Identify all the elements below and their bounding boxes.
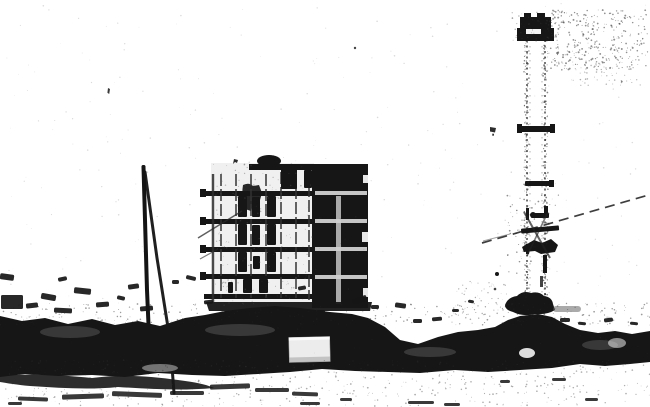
speckle-dot xyxy=(568,51,570,53)
speckle-dot xyxy=(143,251,144,252)
speckle-dot xyxy=(197,313,198,314)
speckle-dot xyxy=(287,281,288,282)
speckle-dot xyxy=(526,191,527,192)
speckle-dot xyxy=(271,386,272,387)
speckle-dot xyxy=(512,204,513,205)
speckle-dot xyxy=(277,366,278,367)
speckle-dot xyxy=(618,36,619,37)
speckle-dot xyxy=(551,22,552,23)
speckle-dot xyxy=(549,292,550,293)
speckle-dot xyxy=(521,405,522,406)
speckle-dot xyxy=(128,130,129,131)
speckle-dot xyxy=(525,41,526,42)
speckle-dot xyxy=(601,69,602,70)
speckle-dot xyxy=(82,53,83,54)
speckle-dot xyxy=(345,405,346,406)
speckle-dot xyxy=(178,69,179,70)
speckle-dot xyxy=(492,393,494,395)
speckle-dot xyxy=(74,308,75,309)
speckle-dot xyxy=(352,319,353,320)
speckle-dot xyxy=(545,186,546,187)
speckle-dot xyxy=(580,365,581,366)
speckle-dot xyxy=(246,305,248,307)
speckle-dot xyxy=(535,203,536,204)
speckle-dot xyxy=(216,382,217,383)
speckle-dot xyxy=(508,304,510,306)
speckle-dot xyxy=(324,360,325,361)
speckle-dot xyxy=(329,285,330,286)
speckle-dot xyxy=(114,82,115,83)
speckle-dot xyxy=(590,65,591,66)
speckle-dot xyxy=(546,20,547,21)
speckle-dot xyxy=(148,374,149,375)
speckle-dot xyxy=(494,384,495,385)
speckle-dot xyxy=(640,84,641,85)
speckle-dot xyxy=(622,62,623,63)
speckle-dot xyxy=(543,161,544,162)
speckle-dot xyxy=(593,21,595,23)
speckle-dot xyxy=(316,405,317,406)
speckle-dot xyxy=(474,309,475,310)
speckle-dot xyxy=(22,324,23,325)
speckle-dot xyxy=(403,321,404,322)
speckle-dot xyxy=(54,120,55,121)
speckle-dot xyxy=(371,57,372,58)
speckle-dot xyxy=(524,294,525,295)
speckle-dot xyxy=(294,391,295,392)
speckle-dot xyxy=(620,56,621,57)
speckle-dot xyxy=(538,377,539,378)
speckle-dot xyxy=(540,23,541,24)
speckle-dot xyxy=(624,310,625,311)
speckle-dot xyxy=(557,305,559,307)
speckle-dot xyxy=(412,378,413,379)
speckle-dot xyxy=(212,284,213,285)
speckle-dot xyxy=(647,386,648,387)
speckle-dot xyxy=(24,181,25,182)
speckle-dot xyxy=(162,384,163,385)
speckle-dot xyxy=(343,77,344,78)
speckle-dot xyxy=(508,312,509,313)
speckle-dot xyxy=(527,206,528,207)
speckle-dot xyxy=(625,393,627,395)
speckle-dot xyxy=(557,10,558,11)
speckle-dot xyxy=(597,79,598,80)
speckle-dot xyxy=(543,266,544,267)
speckle-dot xyxy=(614,49,616,51)
speckle-dot xyxy=(66,392,68,394)
speckle-dot xyxy=(18,369,19,370)
speckle-dot xyxy=(8,398,9,399)
speckle-dot xyxy=(546,156,547,157)
speckle-dot xyxy=(547,178,548,179)
speckle-dot xyxy=(543,237,544,238)
speckle-dot xyxy=(552,35,553,36)
speckle-dot xyxy=(43,395,44,396)
speckle-dot xyxy=(302,299,303,300)
speckle-dot xyxy=(360,364,361,365)
speckle-dot xyxy=(190,367,191,368)
speckle-dot xyxy=(418,175,419,176)
speckle-dot xyxy=(646,387,647,388)
speckle-dot xyxy=(11,312,12,313)
speckle-dot xyxy=(526,285,528,287)
speckle-dot xyxy=(250,393,251,394)
speckle-dot xyxy=(546,253,547,254)
speckle-dot xyxy=(383,316,384,317)
speckle-dot xyxy=(299,122,300,123)
speckle-dot xyxy=(65,373,66,374)
speckle-dot xyxy=(210,318,212,320)
speckle-dot xyxy=(262,253,263,254)
speckle-dot xyxy=(434,394,436,396)
speckle-dot xyxy=(171,306,172,307)
speckle-dot xyxy=(524,45,525,46)
speckle-dot xyxy=(202,405,203,406)
speckle-dot xyxy=(568,32,570,34)
speckle-dot xyxy=(103,369,104,370)
speckle-dot xyxy=(269,266,270,267)
speckle-dot xyxy=(510,233,511,234)
speckle-dot xyxy=(482,402,484,404)
speckle-dot xyxy=(595,63,597,65)
speckle-dot xyxy=(527,83,529,85)
speckle-dot xyxy=(643,365,644,366)
speckle-dot xyxy=(226,371,227,372)
speckle-dot xyxy=(630,317,631,318)
speckle-dot xyxy=(525,97,527,99)
speckle-dot xyxy=(621,48,623,50)
speckle-dot xyxy=(631,369,633,371)
speckle-dot xyxy=(425,365,426,366)
speckle-dot xyxy=(80,260,81,261)
speckle-dot xyxy=(548,397,549,398)
speckle-dot xyxy=(537,231,538,232)
speckle-dot xyxy=(524,264,525,265)
speckle-dot xyxy=(545,296,546,297)
speckle-dot xyxy=(526,46,527,47)
speckle-dot xyxy=(100,318,101,319)
speckle-dot xyxy=(99,361,100,362)
speckle-dot xyxy=(510,206,512,208)
speckle-dot xyxy=(608,317,609,318)
speckle-dot xyxy=(51,214,52,215)
speckle-dot xyxy=(546,202,547,203)
speckle-dot xyxy=(198,381,200,383)
speckle-dot xyxy=(585,61,586,62)
speckle-dot xyxy=(561,69,563,71)
speckle-dot xyxy=(89,392,90,393)
speckle-dot xyxy=(562,56,564,58)
speckle-dot xyxy=(487,319,489,321)
speckle-dot xyxy=(445,314,446,315)
speckle-dot xyxy=(303,304,304,305)
speckle-dot xyxy=(282,281,283,282)
speckle-dot xyxy=(563,387,565,389)
speckle-dot xyxy=(257,370,258,371)
speckle-dot xyxy=(401,386,402,387)
speckle-dot xyxy=(547,29,548,30)
speckle-dot xyxy=(564,12,565,13)
speckle-dot xyxy=(64,366,65,367)
speckle-dot xyxy=(450,384,451,385)
speckle-dot xyxy=(484,405,485,406)
speckle-dot xyxy=(375,315,376,316)
speckle-dot xyxy=(10,380,11,381)
speckle-dot xyxy=(340,218,341,219)
speckle-dot xyxy=(285,295,287,297)
speckle-dot xyxy=(555,11,557,13)
speckle-dot xyxy=(45,308,47,310)
speckle-dot xyxy=(249,313,250,314)
speckle-dot xyxy=(376,307,377,308)
speckle-dot xyxy=(579,161,580,162)
speckle-dot xyxy=(165,363,166,364)
speckle-dot xyxy=(296,257,297,258)
speckle-dot xyxy=(237,311,239,313)
speckle-dot xyxy=(502,404,503,405)
speckle-dot xyxy=(38,388,39,389)
speckle-dot xyxy=(517,230,518,231)
mound-highlight xyxy=(404,347,456,357)
speckle-dot xyxy=(236,218,237,219)
speckle-dot xyxy=(103,374,104,375)
speckle-dot xyxy=(539,21,540,22)
speckle-dot xyxy=(543,45,544,46)
speckle-dot xyxy=(531,207,533,209)
speckle-dot xyxy=(580,42,581,43)
speckle-dot xyxy=(277,328,278,329)
speckle-dot xyxy=(180,78,181,79)
speckle-dot xyxy=(647,316,648,317)
speckle-dot xyxy=(98,381,99,382)
speckle-dot xyxy=(316,310,318,312)
speckle-dot xyxy=(98,318,99,319)
speckle-dot xyxy=(122,139,123,140)
speckle-dot xyxy=(645,14,646,15)
speckle-dot xyxy=(544,164,546,166)
speckle-dot xyxy=(272,189,273,190)
speckle-dot xyxy=(558,361,560,363)
speckle-dot xyxy=(105,304,106,305)
speckle-dot xyxy=(281,193,283,195)
speckle-dot xyxy=(528,278,529,279)
speckle-dot xyxy=(596,46,597,47)
speckle-dot xyxy=(601,76,602,77)
speckle-dot xyxy=(219,404,220,405)
speckle-dot xyxy=(489,401,491,403)
speckle-dot xyxy=(106,391,107,392)
speckle-dot xyxy=(190,114,191,115)
speckle-dot xyxy=(622,10,623,11)
speckle-dot xyxy=(79,169,80,170)
speckle-dot xyxy=(179,107,180,108)
speckle-dot xyxy=(223,402,224,403)
speckle-dot xyxy=(229,304,230,305)
speckle-dot xyxy=(575,307,576,308)
speckle-dot xyxy=(325,28,326,29)
speckle-dot xyxy=(540,343,541,344)
speckle-dot xyxy=(311,236,313,238)
speckle-dot xyxy=(252,367,253,368)
speckle-dot xyxy=(102,369,103,370)
ground-dash xyxy=(408,401,434,404)
speckle-dot xyxy=(79,367,80,368)
speckle-dot xyxy=(260,221,261,222)
speckle-dot xyxy=(257,379,258,380)
speckle-dot xyxy=(472,370,474,372)
speckle-dot xyxy=(329,315,330,316)
speckle-dot xyxy=(600,276,601,277)
speckle-dot xyxy=(506,294,507,295)
speckle-dot xyxy=(326,382,327,383)
speckle-dot xyxy=(602,9,604,11)
speckle-dot xyxy=(513,40,514,41)
speckle-dot xyxy=(361,197,362,198)
speckle-dot xyxy=(36,317,37,318)
speckle-dot xyxy=(621,33,622,34)
speckle-dot xyxy=(257,213,258,214)
speckle-dot xyxy=(528,23,530,25)
speckle-dot xyxy=(553,313,554,314)
speckle-dot xyxy=(546,128,547,129)
speckle-dot xyxy=(295,397,296,398)
speckle-dot xyxy=(577,283,578,284)
speckle-dot xyxy=(190,345,191,346)
speckle-dot xyxy=(385,395,386,396)
speckle-dot xyxy=(496,313,498,315)
speckle-dot xyxy=(220,250,221,251)
speckle-dot xyxy=(184,401,185,402)
speckle-dot xyxy=(592,24,593,25)
speckle-dot xyxy=(532,29,533,30)
speckle-dot xyxy=(597,23,599,25)
speckle-dot xyxy=(526,271,527,272)
speckle-dot xyxy=(630,49,631,50)
speckle-dot xyxy=(620,85,621,86)
speckle-dot xyxy=(278,197,279,198)
speckle-dot xyxy=(592,47,593,48)
speckle-dot xyxy=(392,159,393,160)
speckle-dot xyxy=(527,381,528,382)
speckle-dot xyxy=(525,237,526,238)
speckle-dot xyxy=(543,319,544,320)
speckle-dot xyxy=(352,360,353,361)
speckle-dot xyxy=(543,242,544,243)
speckle-dot xyxy=(546,245,547,246)
speckle-dot xyxy=(557,28,559,30)
speckle-dot xyxy=(525,100,526,101)
speckle-dot xyxy=(385,315,387,317)
speckle-dot xyxy=(569,34,570,35)
speckle-dot xyxy=(286,284,287,285)
speckle-dot xyxy=(585,25,587,27)
speckle-dot xyxy=(534,218,535,219)
speckle-dot xyxy=(49,303,50,304)
speckle-dot xyxy=(580,369,581,370)
speckle-dot xyxy=(208,393,209,394)
speckle-dot xyxy=(310,221,311,222)
speckle-dot xyxy=(427,372,428,373)
ground-dash xyxy=(8,402,22,405)
speckle-dot xyxy=(506,304,507,305)
speckle-dot xyxy=(198,366,199,367)
speckle-dot xyxy=(216,320,217,321)
speckle-dot xyxy=(524,269,525,270)
speckle-dot xyxy=(445,382,446,383)
speckle-dot xyxy=(137,373,138,374)
speckle-dot xyxy=(416,380,417,381)
speckle-dot xyxy=(181,316,182,317)
speckle-dot xyxy=(628,321,629,322)
speckle-dot xyxy=(638,19,639,20)
speckle-dot xyxy=(456,324,457,325)
speckle-dot xyxy=(526,392,527,393)
speckle-dot xyxy=(341,304,343,306)
speckle-dot xyxy=(612,19,613,20)
speckle-dot xyxy=(228,288,229,289)
speckle-dot xyxy=(566,54,568,56)
speckle-dot xyxy=(479,298,480,299)
speckle-dot xyxy=(238,186,239,187)
speckle-dot xyxy=(596,29,597,30)
speckle-dot xyxy=(582,25,583,26)
speckle-dot xyxy=(295,253,297,255)
speckle-dot xyxy=(495,302,496,303)
speckle-dot xyxy=(100,320,101,321)
speckle-dot xyxy=(604,72,605,73)
speckle-dot xyxy=(371,180,372,181)
speckle-dot xyxy=(465,317,466,318)
speckle-dot xyxy=(252,377,253,378)
speckle-dot xyxy=(546,201,547,202)
speckle-dot xyxy=(309,376,310,377)
speckle-dot xyxy=(348,288,350,290)
speckle-dot xyxy=(524,211,525,212)
speckle-dot xyxy=(544,145,545,146)
speckle-dot xyxy=(546,143,548,145)
speckle-dot xyxy=(637,64,638,65)
speckle-dot xyxy=(315,140,316,141)
speckle-dot xyxy=(177,319,179,321)
speckle-dot xyxy=(513,386,514,387)
sky-fleck xyxy=(354,47,356,49)
speckle-dot xyxy=(87,397,88,398)
speckle-dot xyxy=(556,47,557,48)
speckle-dot xyxy=(382,392,383,393)
speckle-dot xyxy=(254,367,255,368)
speckle-dot xyxy=(528,143,530,145)
speckle-dot xyxy=(363,386,364,387)
speckle-dot xyxy=(607,317,608,318)
speckle-dot xyxy=(329,365,330,366)
speckle-dot xyxy=(298,314,299,315)
speckle-dot xyxy=(331,360,332,361)
speckle-dot xyxy=(80,372,81,373)
speckle-dot xyxy=(151,362,152,363)
speckle-dot xyxy=(378,371,379,372)
speckle-dot xyxy=(61,368,62,369)
speckle-dot xyxy=(438,383,439,384)
speckle-dot xyxy=(289,381,291,383)
speckle-dot xyxy=(470,381,472,383)
speckle-dot xyxy=(498,366,499,367)
speckle-dot xyxy=(457,291,458,292)
speckle-dot xyxy=(288,257,289,258)
speckle-dot xyxy=(286,194,287,195)
speckle-dot xyxy=(527,190,528,191)
speckle-dot xyxy=(313,60,314,61)
